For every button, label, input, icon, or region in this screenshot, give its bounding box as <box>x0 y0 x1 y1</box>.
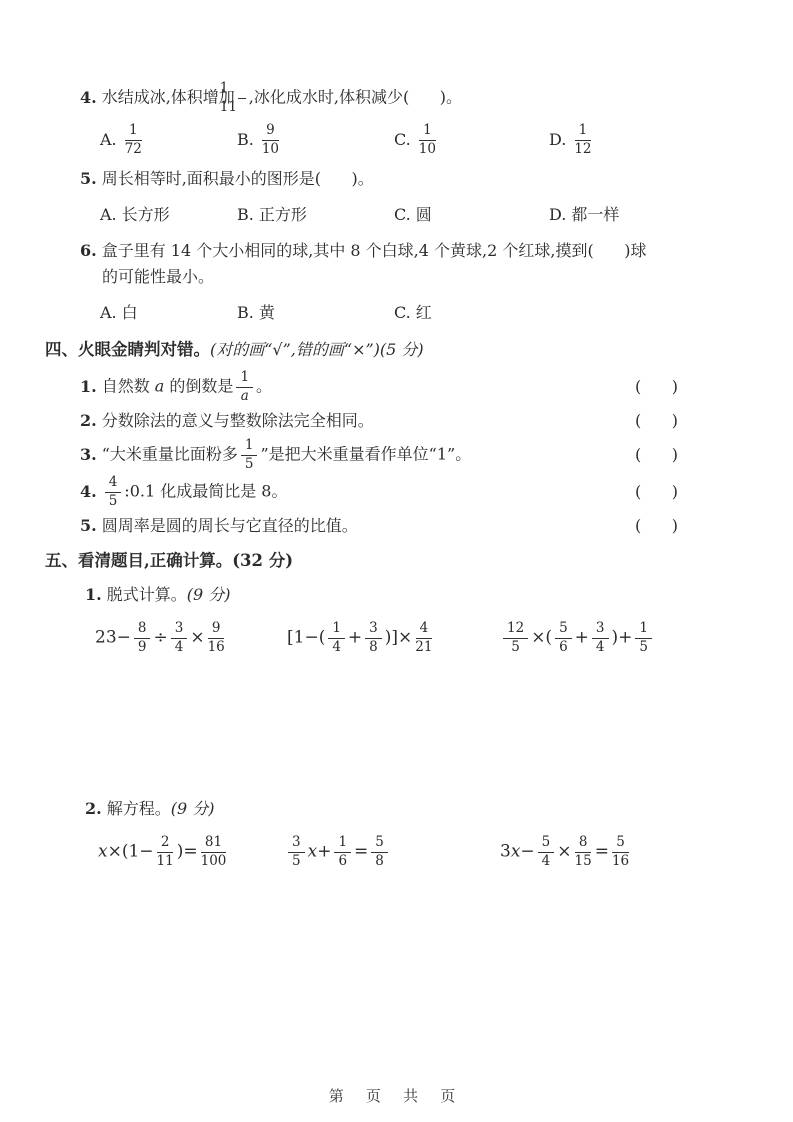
fraction-denominator: 10 <box>262 141 279 157</box>
option-label: C. <box>394 130 411 149</box>
option-label: C. <box>394 303 411 322</box>
fraction: 34 <box>592 622 609 654</box>
fraction-numerator: 5 <box>371 836 388 853</box>
math-variable: x <box>98 842 108 862</box>
options-row: A.白B.黄C.红 <box>100 300 793 326</box>
question-stem: 6.盒子里有 14 个大小相同的球,其中 8 个白球,4 个黄球,2 个红球,摸… <box>80 238 793 264</box>
fraction-denominator: 5 <box>292 853 301 869</box>
fraction: 14 <box>328 622 345 654</box>
fraction-denominator: 10 <box>419 141 436 157</box>
text-run: − <box>520 842 534 862</box>
fraction-numerator: 4 <box>416 622 433 639</box>
calc-expression: 23−89÷34×916 <box>95 622 228 654</box>
text-run: = <box>354 842 368 862</box>
answer-option: A.172 <box>100 124 237 156</box>
fraction: 916 <box>208 622 225 654</box>
text-run: “大米重量比面粉多 <box>102 445 238 464</box>
text-run: [1−( <box>287 628 325 648</box>
judge-item: 1.自然数 a 的倒数是1a。( ) <box>0 371 793 403</box>
fraction-denominator: a <box>241 388 249 404</box>
option-label: D. <box>549 130 566 149</box>
fraction: 815 <box>575 836 592 868</box>
fraction: 45 <box>105 476 122 508</box>
calc-sub1-label: 1.脱式计算。(9 分) <box>85 582 793 608</box>
text-run: 23− <box>95 628 131 648</box>
fraction-denominator: 9 <box>138 639 147 655</box>
fraction-denominator: 72 <box>125 141 142 157</box>
fraction: 15 <box>635 622 652 654</box>
text-run: )= <box>177 842 198 862</box>
calc-expression: [1−(14+38)]×421 <box>287 622 435 654</box>
answer-option: B.黄 <box>237 300 394 326</box>
fraction-numerator: 3 <box>171 622 188 639</box>
text-run: = <box>595 842 609 862</box>
fraction-denominator: 4 <box>596 639 605 655</box>
option-label: B. <box>237 130 254 149</box>
exam-page: 4.水结成冰,体积增加111,冰化成水时,体积减少( )。A.172B.910C… <box>0 0 793 1122</box>
fraction-numerator: 2 <box>157 836 174 853</box>
fraction-denominator: 5 <box>511 639 520 655</box>
text-run: 的倒数是 <box>164 377 233 396</box>
fraction-numerator: 1 <box>419 124 436 141</box>
calc-sub2-label: 2.解方程。(9 分) <box>85 796 793 822</box>
answer-option: A.白 <box>100 300 237 326</box>
answer-bracket: ( ) <box>635 442 678 468</box>
choice-question-list: 4.水结成冰,体积增加111,冰化成水时,体积减少( )。A.172B.910C… <box>0 82 793 326</box>
text-run: 盒子里有 14 个大小相同的球,其中 8 个白球,4 个黄球,2 个红球,摸到(… <box>102 241 647 260</box>
question-number: 6. <box>80 241 97 260</box>
equation: 3x−54×815=516 <box>500 836 632 868</box>
fraction-numerator: 1 <box>334 836 351 853</box>
fraction-denominator: 5 <box>109 493 118 509</box>
fraction-numerator: 8 <box>575 836 592 853</box>
calc-section-score: (32 分) <box>232 551 293 570</box>
answer-option: D.112 <box>549 124 793 156</box>
option-label: D. <box>549 205 566 224</box>
fraction-denominator: 4 <box>542 853 551 869</box>
answer-option: C.圆 <box>394 202 549 228</box>
judge-item-number: 4. <box>80 482 97 501</box>
judge-item-number: 2. <box>80 411 97 430</box>
page-footer: 第 页 共 页 <box>0 1084 793 1110</box>
fraction-numerator: 3 <box>592 622 609 639</box>
equations-row: x×(1−211)=8110035x+16=583x−54×815=516 <box>0 830 793 894</box>
choice-question: 5.周长相等时,面积最小的图形是( )。A.长方形B.正方形C.圆D.都一样 <box>0 166 793 228</box>
fraction-denominator: 16 <box>612 853 629 869</box>
choice-questions-section: 4.水结成冰,体积增加111,冰化成水时,体积减少( )。A.172B.910C… <box>0 0 793 326</box>
text-run: + <box>348 628 362 648</box>
text-run: :0.1 化成最简比是 8。 <box>124 482 287 501</box>
calc-expressions-row: 23−89÷34×916[1−(14+38)]×421125×(56+34)+1… <box>0 616 793 680</box>
fraction-numerator: 12 <box>503 622 528 639</box>
text-run: × <box>557 842 571 862</box>
text-run: 长方形 <box>122 205 170 224</box>
judge-section-title: 四、火眼金睛判对错。 <box>45 340 210 359</box>
fraction: 54 <box>538 836 555 868</box>
fraction-denominator: 12 <box>574 141 591 157</box>
fraction: 112 <box>574 124 591 156</box>
fraction: 421 <box>415 622 432 654</box>
text-run: 圆 <box>416 205 432 224</box>
fraction-denominator: 11 <box>157 853 174 869</box>
text-run: + <box>575 628 589 648</box>
answer-option: D.都一样 <box>549 202 793 228</box>
question-stem: 4.水结成冰,体积增加111,冰化成水时,体积减少( )。 <box>80 82 793 114</box>
option-label: B. <box>237 205 254 224</box>
fraction: 58 <box>371 836 388 868</box>
calc-sub2-text: 解方程。 <box>107 799 171 818</box>
text-run: 分数除法的意义与整数除法完全相同。 <box>102 411 374 430</box>
text-run: 水结成冰,体积增加 <box>102 88 235 107</box>
text-run: 。 <box>256 377 272 396</box>
text-run: 都一样 <box>571 205 619 224</box>
judge-section-instructions: (对的画“√”,错的画“×”)(5 分) <box>210 340 424 359</box>
question-stem-line2: 的可能性最小。 <box>102 264 793 290</box>
math-variable: x <box>511 842 521 862</box>
math-variable: x <box>308 842 318 862</box>
judge-item-number: 1. <box>80 377 97 396</box>
fraction-denominator: 6 <box>338 853 347 869</box>
answer-option: C.110 <box>394 124 549 156</box>
answer-bracket: ( ) <box>635 408 678 434</box>
fraction-numerator: 1 <box>241 439 258 456</box>
options-row: A.172B.910C.110D.112 <box>100 124 793 156</box>
fraction-numerator: 1 <box>236 371 253 388</box>
fraction: 16 <box>334 836 351 868</box>
fraction-numerator: 9 <box>208 622 225 639</box>
calc-section-title: 五、看清题目,正确计算。 <box>45 551 232 570</box>
answer-bracket: ( ) <box>635 374 678 400</box>
fraction-denominator: 5 <box>639 639 648 655</box>
fraction-numerator: 3 <box>365 622 382 639</box>
fraction-denominator: 6 <box>559 639 568 655</box>
fraction-denominator: 5 <box>245 456 254 472</box>
fraction-numerator: 9 <box>262 124 279 141</box>
text-run: 圆周率是圆的周长与它直径的比值。 <box>102 516 358 535</box>
fraction-numerator: 5 <box>538 836 555 853</box>
answer-option: C.红 <box>394 300 549 326</box>
question-number: 5. <box>80 169 97 188</box>
fraction: 1a <box>236 371 253 403</box>
judge-section-header: 四、火眼金睛判对错。(对的画“√”,错的画“×”)(5 分) <box>45 336 793 363</box>
fraction-numerator: 81 <box>201 836 226 853</box>
choice-question: 4.水结成冰,体积增加111,冰化成水时,体积减少( )。A.172B.910C… <box>0 82 793 156</box>
equation: 35x+16=58 <box>285 836 391 868</box>
fraction: 34 <box>171 622 188 654</box>
fraction-denominator: 4 <box>175 639 184 655</box>
fraction-numerator: 1 <box>635 622 652 639</box>
options-row: A.长方形B.正方形C.圆D.都一样 <box>100 202 793 228</box>
calc-expression: 125×(56+34)+15 <box>500 622 655 654</box>
fraction: 38 <box>365 622 382 654</box>
text-run: 白 <box>122 303 138 322</box>
judge-item: 4.45:0.1 化成最简比是 8。( ) <box>0 476 793 508</box>
fraction: 35 <box>288 836 305 868</box>
text-run: 自然数 <box>102 377 155 396</box>
fraction-denominator: 15 <box>575 853 592 869</box>
answer-bracket: ( ) <box>635 479 678 505</box>
equation: x×(1−211)=81100 <box>98 836 229 868</box>
option-label: B. <box>237 303 254 322</box>
fraction-numerator: 1 <box>328 622 345 639</box>
calc-section-header: 五、看清题目,正确计算。(32 分) <box>45 547 793 574</box>
fraction: 211 <box>157 836 174 868</box>
fraction-numerator: 3 <box>288 836 305 853</box>
text-run: )+ <box>612 628 633 648</box>
text-run: 红 <box>416 303 432 322</box>
answer-option: A.长方形 <box>100 202 237 228</box>
fraction: 81100 <box>201 836 227 868</box>
option-label: A. <box>100 130 117 149</box>
text-run: 周长相等时,面积最小的图形是( )。 <box>102 169 374 188</box>
judge-section: 四、火眼金睛判对错。(对的画“√”,错的画“×”)(5 分) 1.自然数 a 的… <box>0 336 793 539</box>
fraction: 516 <box>612 836 629 868</box>
calc-sub1-text: 脱式计算。 <box>107 585 187 604</box>
choice-question: 6.盒子里有 14 个大小相同的球,其中 8 个白球,4 个黄球,2 个红球,摸… <box>0 238 793 326</box>
fraction-denominator: 4 <box>332 639 341 655</box>
calc-sub2-score: (9 分) <box>171 799 215 818</box>
fraction: 110 <box>419 124 436 156</box>
fraction-denominator: 8 <box>375 853 384 869</box>
option-label: A. <box>100 303 117 322</box>
fraction: 56 <box>555 622 572 654</box>
fraction-denominator: 21 <box>415 639 432 655</box>
text-run: × <box>190 628 204 648</box>
text-run: ÷ <box>153 628 167 648</box>
option-label: A. <box>100 205 117 224</box>
fraction: 172 <box>125 124 142 156</box>
text-run: ,冰化成水时,体积减少( )。 <box>249 88 462 107</box>
judge-item: 5.圆周率是圆的周长与它直径的比值。( ) <box>0 513 793 539</box>
fraction-numerator: 5 <box>612 836 629 853</box>
text-run: ”是把大米重量看作单位“1”。 <box>260 445 471 464</box>
calc-sub2-number: 2. <box>85 799 102 818</box>
question-number: 4. <box>80 88 97 107</box>
judge-item-number: 3. <box>80 445 97 464</box>
fraction-denominator: 8 <box>369 639 378 655</box>
text-run: + <box>317 842 331 862</box>
fraction-denominator: 100 <box>201 853 227 869</box>
judge-item: 3.“大米重量比面粉多15”是把大米重量看作单位“1”。( ) <box>0 439 793 471</box>
fraction: 125 <box>503 622 528 654</box>
calc-section: 五、看清题目,正确计算。(32 分) 1.脱式计算。(9 分) 23−89÷34… <box>0 547 793 894</box>
fraction: 15 <box>241 439 258 471</box>
fraction-numerator: 1 <box>575 124 592 141</box>
fraction-numerator: 4 <box>105 476 122 493</box>
text-run: ×(1− <box>108 842 154 862</box>
answer-option: B.正方形 <box>237 202 394 228</box>
answer-option: B.910 <box>237 124 394 156</box>
text-run: ×( <box>531 628 552 648</box>
text-run: 3 <box>500 842 511 862</box>
fraction-denominator: 16 <box>208 639 225 655</box>
text-run: )]× <box>385 628 413 648</box>
fraction: 910 <box>262 124 279 156</box>
option-label: C. <box>394 205 411 224</box>
fraction-numerator: 8 <box>134 622 151 639</box>
calc-sub1-score: (9 分) <box>187 585 231 604</box>
fraction-numerator: 1 <box>125 124 142 141</box>
text-run: 黄 <box>259 303 275 322</box>
judge-item: 2.分数除法的意义与整数除法完全相同。( ) <box>0 408 793 434</box>
fraction-numerator: 1 <box>238 82 246 99</box>
calc-sub1-number: 1. <box>85 585 102 604</box>
fraction: 89 <box>134 622 151 654</box>
fraction-numerator: 5 <box>555 622 572 639</box>
answer-bracket: ( ) <box>635 513 678 539</box>
question-stem: 5.周长相等时,面积最小的图形是( )。 <box>80 166 793 192</box>
text-run: 正方形 <box>259 205 307 224</box>
judge-item-number: 5. <box>80 516 97 535</box>
math-variable: a <box>155 377 165 396</box>
fraction: 111 <box>238 82 246 114</box>
judge-item-list: 1.自然数 a 的倒数是1a。( )2.分数除法的意义与整数除法完全相同。( )… <box>0 371 793 539</box>
